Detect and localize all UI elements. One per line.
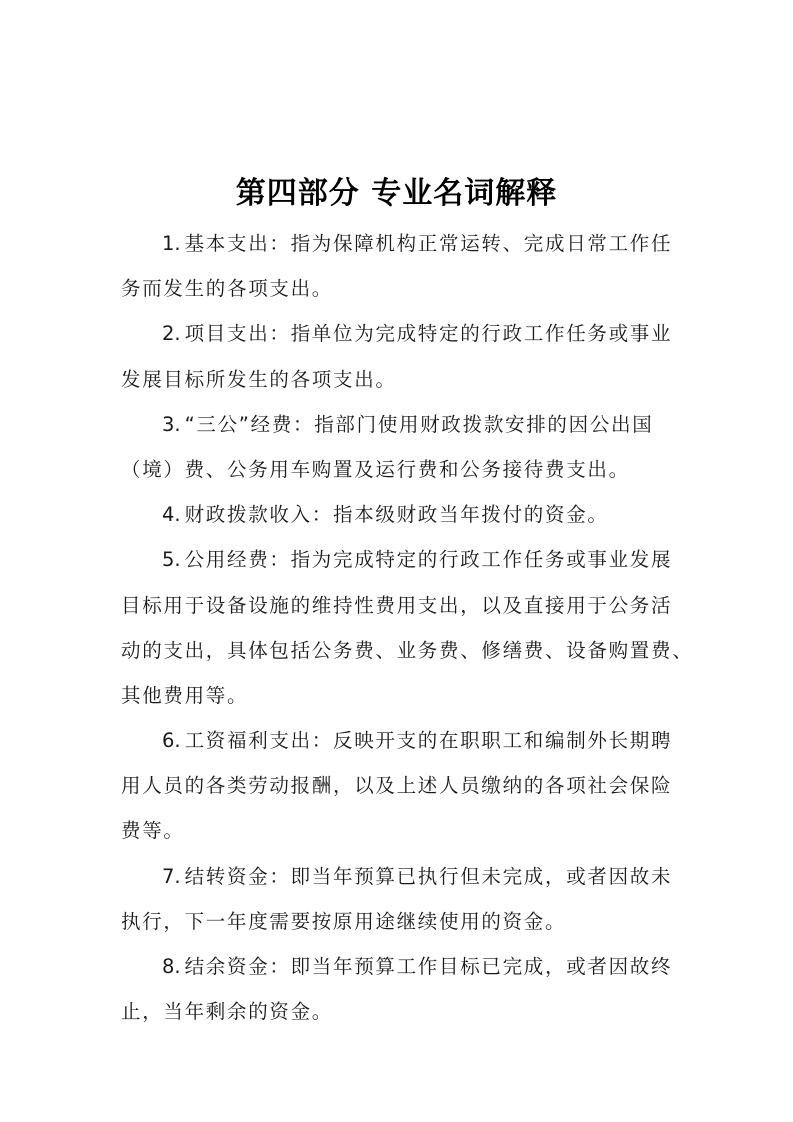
glossary-item-3: 3.“三公”经费：指部门使用财政拨款安排的因公出国 （境）费、公务用车购置及运行… (121, 407, 681, 497)
item-text-line: 务而发生的各项支出。 (121, 271, 681, 316)
document-page: 第四部分 专业名词解释 1.基本支出：指为保障机构正常运转、完成日常工作任 务而… (0, 0, 793, 1122)
page-title: 第四部分 专业名词解释 (0, 168, 793, 212)
item-text-line: 结余资金：即当年预算工作目标已完成，或者因故终 (185, 955, 673, 978)
item-number: 4. (162, 503, 181, 526)
glossary-item-1: 1.基本支出：指为保障机构正常运转、完成日常工作任 务而发生的各项支出。 (121, 226, 681, 316)
item-number: 6. (162, 729, 181, 752)
item-text-line: （境）费、公务用车购置及运行费和公务接待费支出。 (121, 452, 681, 497)
item-text-line: 费等。 (121, 813, 681, 858)
item-text-line: “三公”经费：指部门使用财政拨款安排的因公出国 (185, 413, 654, 436)
item-text-line: 动的支出，具体包括公务费、业务费、修缮费、设备购置费、 (121, 633, 681, 678)
item-number: 5. (162, 548, 181, 571)
glossary-item-4: 4.财政拨款收入：指本级财政当年拨付的资金。 (121, 497, 681, 542)
item-text-line: 财政拨款收入：指本级财政当年拨付的资金。 (185, 503, 609, 526)
glossary-item-2: 2.项目支出：指单位为完成特定的行政工作任务或事业 发展目标所发生的各项支出。 (121, 316, 681, 406)
item-text-line: 用人员的各类劳动报酬，以及上述人员缴纳的各项社会保险 (121, 768, 681, 813)
item-text-line: 目标用于设备设施的维持性费用支出，以及直接用于公务活 (121, 588, 681, 633)
item-text-line: 发展目标所发生的各项支出。 (121, 362, 681, 407)
item-text-line: 项目支出：指单位为完成特定的行政工作任务或事业 (185, 322, 673, 345)
glossary-item-8: 8.结余资金：即当年预算工作目标已完成，或者因故终 止，当年剩余的资金。 (121, 949, 681, 1039)
item-text-line: 公用经费：指为完成特定的行政工作任务或事业发展 (185, 548, 673, 571)
item-text-line: 执行，下一年度需要按原用途继续使用的资金。 (121, 904, 681, 949)
item-text-line: 工资福利支出：反映开支的在职职工和编制外长期聘 (185, 729, 673, 752)
item-text-line: 结转资金：即当年预算已执行但未完成，或者因故未 (185, 865, 673, 888)
item-text-line: 止，当年剩余的资金。 (121, 994, 681, 1039)
item-text-line: 其他费用等。 (121, 678, 681, 723)
item-number: 7. (162, 865, 181, 888)
item-text-line: 基本支出：指为保障机构正常运转、完成日常工作任 (185, 232, 673, 255)
item-number: 1. (162, 232, 181, 255)
item-number: 2. (162, 322, 181, 345)
glossary-item-6: 6.工资福利支出：反映开支的在职职工和编制外长期聘 用人员的各类劳动报酬，以及上… (121, 723, 681, 859)
glossary-item-5: 5.公用经费：指为完成特定的行政工作任务或事业发展 目标用于设备设施的维持性费用… (121, 542, 681, 723)
glossary-body: 1.基本支出：指为保障机构正常运转、完成日常工作任 务而发生的各项支出。 2.项… (121, 226, 681, 1039)
glossary-item-7: 7.结转资金：即当年预算已执行但未完成，或者因故未 执行，下一年度需要按原用途继… (121, 859, 681, 949)
item-number: 8. (162, 955, 181, 978)
item-number: 3. (162, 413, 181, 436)
